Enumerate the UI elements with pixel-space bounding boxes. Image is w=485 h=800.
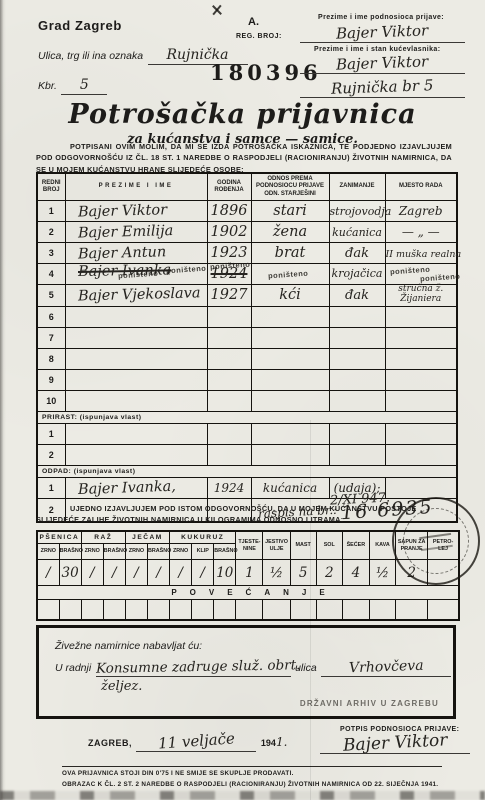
col-tjestenine: TJESTE-NINE xyxy=(236,531,263,560)
supplies-declaration: UJEDNO IZJAVLJUJEM POD ISTOM ODGOVORNOŠĆ… xyxy=(36,504,452,526)
col-header-godina: GODINA ROĐENJA xyxy=(207,173,251,201)
place-label: ZAGREB, xyxy=(88,738,132,748)
value-handwriting: 30 xyxy=(62,565,79,581)
table-row-empty: 10 xyxy=(37,390,457,411)
workplace-handwriting: stručna ž. Žijaniera xyxy=(386,285,457,305)
kbr-field: 5 xyxy=(61,76,107,95)
group-jecam: JEČAM xyxy=(125,531,169,544)
landlord-handwriting: Bajer Viktor xyxy=(336,52,429,73)
col-header-prezime-ime: PREZIME I IME xyxy=(65,173,207,201)
table-row: 5 Bajer Vjekoslava 1927 kći đak stručna … xyxy=(37,285,457,307)
landlord-field: Bajer Viktor xyxy=(300,54,465,74)
relation-handwriting: brat xyxy=(275,245,306,261)
kbr-handwriting: 5 xyxy=(80,77,89,93)
table-row-empty: 6 xyxy=(37,306,457,327)
table-row-cancelled: 4 Bajer Ivanka poništeno poništeno 1924 … xyxy=(37,264,457,285)
shop-label: U radnji xyxy=(55,662,91,674)
odpad-label: ODPAD: (ispunjava vlast) xyxy=(37,465,457,477)
year-handwriting: 1927 xyxy=(211,287,248,303)
name-handwriting: Bajer Vjekoslava xyxy=(65,286,206,304)
date-handwriting: 11 veljače xyxy=(157,729,235,752)
value-handwriting: 2 xyxy=(325,565,334,581)
occupation-handwriting: kućanica xyxy=(332,226,382,239)
name-handwriting: Bajer Antun xyxy=(65,244,206,262)
landlord-address-handwriting: Rujnička br 5 xyxy=(331,76,434,98)
fold-line-artifact xyxy=(310,420,311,800)
date-line: ZAGREB, 11 veljače 1941. xyxy=(88,732,287,752)
col-mast: MAST xyxy=(290,531,316,560)
table-row-empty: 8 xyxy=(37,348,457,369)
footer-note-2: OBRAZAC K ČL. 2 ST. 2 NAREDBE O RASPODJE… xyxy=(62,780,442,791)
col-secer: ŠEĆER xyxy=(342,531,369,560)
ponisteno-stamp: poništeno xyxy=(267,269,308,281)
group-kukuruz: KUKURUZ xyxy=(170,531,236,544)
declaration-paragraph: POTPISANI OVIM MOLIM, DA MI SE IZDA POTR… xyxy=(36,141,452,175)
purchase-intro: Živežne namirnice nabavljat ću: xyxy=(55,640,453,652)
date-field: 11 veljače xyxy=(136,732,256,752)
workplace-ditto-handwriting: — „ — xyxy=(402,225,440,239)
group-psenica: PŠENICA xyxy=(37,531,81,544)
street-label: Ulica, trg ili ina oznaka xyxy=(38,50,143,62)
purchase-shop-line: U radnji Konsumne zadruge služ. obrt. ul… xyxy=(55,658,453,677)
col-jestivo-ulje: JESTIVO ULJE xyxy=(263,531,290,560)
value-handwriting: / xyxy=(90,565,95,581)
purchase-box: Živežne namirnice nabavljat ću: U radnji… xyxy=(36,625,456,719)
city-name: Grad Zagreb xyxy=(38,18,122,33)
value-handwriting: / xyxy=(46,565,51,581)
table-row: 1 Bajer Viktor 1896 stari strojovodja Za… xyxy=(37,201,457,222)
occupation-handwriting: đak xyxy=(345,246,369,261)
value-handwriting: / xyxy=(200,565,205,581)
name-handwriting: Bajer Emilija xyxy=(65,223,206,241)
col-header-zanimanje: ZANIMANJE xyxy=(329,173,385,201)
value-handwriting: / xyxy=(178,565,183,581)
prirast-label: PRIRAST: (ispunjava vlast) xyxy=(37,411,457,423)
odpad-band: ODPAD: (ispunjava vlast) xyxy=(37,465,457,477)
year-handwriting: 1. xyxy=(276,735,287,749)
applicant-label: Prezime i ime podnosioca prijave: xyxy=(318,14,444,21)
relation-handwriting: stari xyxy=(273,203,306,219)
form-title: Potrošačka prijavnica xyxy=(0,99,485,130)
sub-zrno: ZRNO xyxy=(81,544,103,560)
col-sol: SOL xyxy=(316,531,342,560)
applicant-handwriting: Bajer Viktor xyxy=(336,21,429,42)
sub-zrno: ZRNO xyxy=(125,544,147,560)
landlord-address-field: Rujnička br 5 xyxy=(300,78,465,98)
purchase-street-handwriting: Vrhovčeva xyxy=(349,658,424,677)
col-header-odnos: ODNOS PREMA PODNOSIOCU PRIJAVE ODN. STAR… xyxy=(251,173,329,201)
scan-edge-artifact xyxy=(0,791,485,800)
odpad-year-handwriting: 1924 xyxy=(214,481,245,495)
value-handwriting: ½ xyxy=(376,565,389,581)
archive-stamp-text: DRŽAVNI ARHIV U ZAGREBU xyxy=(300,699,439,708)
household-table: REDNI BROJ PREZIME I IME GODINA ROĐENJA … xyxy=(36,172,458,523)
scanned-form-page: Grad Zagreb Ulica, trg ili ina oznaka Ru… xyxy=(0,0,485,800)
sub-zrno: ZRNO xyxy=(37,544,59,560)
round-office-stamp xyxy=(392,497,480,585)
footer-notes: OVA PRIJAVNICA STOJI DIN 0'75 I NE SMIJE… xyxy=(62,766,442,790)
table-row: 2 Bajer Emilija 1902 žena kućanica — „ — xyxy=(37,222,457,243)
sub-brasno: BRAŠNO xyxy=(147,544,169,560)
kbr-line: Kbr. 5 xyxy=(38,76,107,95)
value-handwriting: 4 xyxy=(352,565,361,581)
sub-klip: KLIP xyxy=(192,544,214,560)
sub-zrno: ZRNO xyxy=(170,544,192,560)
sub-brasno: BRAŠNO xyxy=(59,544,81,560)
value-handwriting: 10 xyxy=(216,565,233,581)
povecanje-band: POVEĆANJE xyxy=(37,586,459,600)
relation-handwriting: žena xyxy=(273,224,307,240)
table-row-empty: 9 xyxy=(37,369,457,390)
supplies-values-row: / 30 / / / / / / 10 1 ½ 5 2 4 ½ 2 xyxy=(37,560,459,586)
odpad-name-handwriting: Bajer Ivanka, xyxy=(65,478,206,497)
year-handwriting: 1896 xyxy=(211,203,248,219)
footer-note-1: OVA PRIJAVNICA STOJI DIN 0'75 I NE SMIJE… xyxy=(62,769,442,780)
kbr-label: Kbr. xyxy=(38,80,57,92)
form-title-block: Potrošačka prijavnica za kućanstva i sam… xyxy=(0,99,485,147)
value-handwriting: 1 xyxy=(245,565,254,581)
workplace-handwriting: II muška realna xyxy=(386,249,462,260)
year-handwriting: 1902 xyxy=(211,224,248,240)
table-row-empty: 7 xyxy=(37,327,457,348)
value-handwriting: ½ xyxy=(270,565,283,581)
odpad-date-handwriting: 2/XI 947. xyxy=(330,490,391,508)
odpad-row: 1 Bajer Ivanka, 1924 kućanica (udaja); xyxy=(37,477,457,498)
occupation-handwriting: đak xyxy=(345,288,369,303)
shop-handwriting: Konsumne zadruge služ. obrt. xyxy=(96,657,301,677)
col-header-mjesto-rada: MJESTO RADA xyxy=(385,173,457,201)
supplies-empty-row xyxy=(37,600,459,621)
prirast-band: PRIRAST: (ispunjava vlast) xyxy=(37,411,457,423)
section-letter: A. xyxy=(248,16,259,28)
sub-brasno: BRAŠNO xyxy=(214,544,236,560)
ink-mark-artifact xyxy=(210,4,224,16)
occupation-handwriting: strojovodja xyxy=(330,205,392,218)
value-handwriting: / xyxy=(112,565,117,581)
group-raz: RAŽ xyxy=(81,531,125,544)
value-handwriting: / xyxy=(156,565,161,581)
prirast-row-empty: 2 xyxy=(37,444,457,465)
odpad-relation-handwriting: kućanica xyxy=(263,481,317,495)
occupation-handwriting: krojačica xyxy=(332,267,383,280)
sub-brasno: BRAŠNO xyxy=(103,544,125,560)
povecanje-label: POVEĆANJE xyxy=(37,586,459,600)
ponisteno-stamp: poništeno xyxy=(419,272,460,284)
workplace-handwriting: Zagreb xyxy=(399,204,443,218)
purchase-street-field: Vrhovčeva xyxy=(321,658,451,677)
value-handwriting: / xyxy=(134,565,139,581)
year-printed: 194 xyxy=(261,738,276,748)
signature-handwriting: Bajer Viktor xyxy=(342,730,447,755)
year-handwriting: 1923 xyxy=(211,245,248,261)
prirast-row-empty: 1 xyxy=(37,423,457,444)
applicant-field: Bajer Viktor xyxy=(300,23,465,43)
household-header-row: REDNI BROJ PREZIME I IME GODINA ROĐENJA … xyxy=(37,173,457,201)
value-handwriting: 5 xyxy=(299,565,308,581)
reg-number-label: REG. BROJ: xyxy=(236,33,282,40)
name-handwriting: Bajer Viktor xyxy=(65,202,206,220)
col-header-redni-broj: REDNI BROJ xyxy=(37,173,65,201)
signature-field: Bajer Viktor xyxy=(320,733,470,754)
shop-field: Konsumne zadruge služ. obrt. xyxy=(96,658,291,677)
relation-handwriting: kći xyxy=(279,287,301,303)
shop-handwriting-line2: željez. xyxy=(101,679,453,694)
